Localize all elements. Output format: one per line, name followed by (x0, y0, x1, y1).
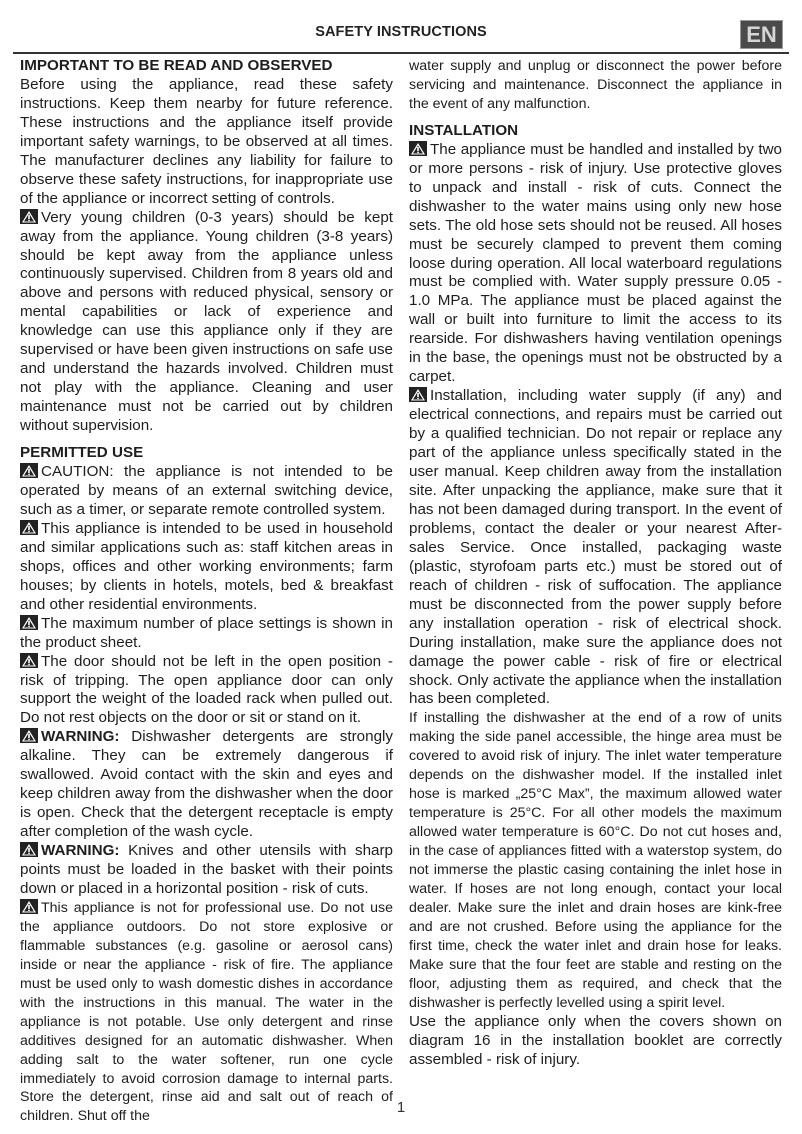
warning-triangle-icon (20, 520, 38, 535)
warning-triangle-icon (409, 141, 427, 156)
section-permitted-use: PERMITTED USE CAUTION: the appliance is … (20, 444, 393, 1126)
permitted-use-paragraph-6: WARNING: Knives and other utensils with … (20, 842, 393, 899)
page-number: 1 (0, 1099, 802, 1116)
language-badge: EN (740, 20, 783, 49)
permitted-use-paragraph-3-text: The maximum number of place settings is … (20, 615, 393, 651)
permitted-use-paragraph-4-text: The door should not be left in the open … (20, 653, 393, 727)
permitted-use-paragraph-1: CAUTION: the appliance is not intended t… (20, 463, 393, 520)
warning-triangle-icon (20, 728, 38, 743)
permitted-use-paragraph-3: The maximum number of place settings is … (20, 615, 393, 653)
installation-paragraph-4: Use the appliance only when the covers s… (409, 1013, 782, 1070)
section-installation: INSTALLATION The appliance must be handl… (409, 122, 782, 1070)
right-column: water supply and unplug or disconnect th… (409, 57, 782, 1070)
section-title-installation: INSTALLATION (409, 122, 782, 141)
permitted-use-paragraph-4: The door should not be left in the open … (20, 653, 393, 729)
warning-triangle-icon (20, 899, 38, 914)
permitted-use-paragraph-2: This appliance is intended to be used in… (20, 520, 393, 615)
permitted-use-paragraph-2-text: This appliance is intended to be used in… (20, 520, 393, 613)
important-paragraph-2: Very young children (0-3 years) should b… (20, 209, 393, 436)
section-important: IMPORTANT TO BE READ AND OBSERVED Before… (20, 57, 393, 436)
installation-paragraph-2: Installation, including water supply (if… (409, 387, 782, 709)
warning-label: WARNING: (41, 728, 119, 745)
permitted-use-paragraph-7: This appliance is not for professional u… (20, 899, 393, 1126)
warning-triangle-icon (20, 653, 38, 668)
installation-paragraph-2-text: Installation, including water supply (if… (409, 387, 782, 707)
installation-paragraph-1: The appliance must be handled and instal… (409, 141, 782, 387)
continuation-paragraph: water supply and unplug or disconnect th… (409, 57, 782, 114)
installation-paragraph-1-text: The appliance must be handled and instal… (409, 141, 782, 385)
important-paragraph-2-text: Very young children (0-3 years) should b… (20, 209, 393, 434)
header-divider (13, 52, 789, 54)
section-title-important: IMPORTANT TO BE READ AND OBSERVED (20, 57, 393, 76)
warning-label: WARNING: (41, 842, 119, 859)
installation-paragraph-3: If installing the dishwasher at the end … (409, 709, 782, 1012)
page-title: SAFETY INSTRUCTIONS (0, 24, 802, 40)
warning-triangle-icon (20, 463, 38, 478)
section-title-permitted-use: PERMITTED USE (20, 444, 393, 463)
permitted-use-paragraph-5: WARNING: Dishwasher detergents are stron… (20, 728, 393, 842)
permitted-use-paragraph-1-text: CAUTION: the appliance is not intended t… (20, 463, 393, 518)
warning-triangle-icon (409, 387, 427, 402)
left-column: IMPORTANT TO BE READ AND OBSERVED Before… (20, 57, 393, 1126)
warning-triangle-icon (20, 842, 38, 857)
important-paragraph-1: Before using the appliance, read these s… (20, 76, 393, 209)
warning-triangle-icon (20, 209, 38, 224)
permitted-use-paragraph-7-text: This appliance is not for professional u… (20, 900, 393, 1124)
warning-triangle-icon (20, 615, 38, 630)
